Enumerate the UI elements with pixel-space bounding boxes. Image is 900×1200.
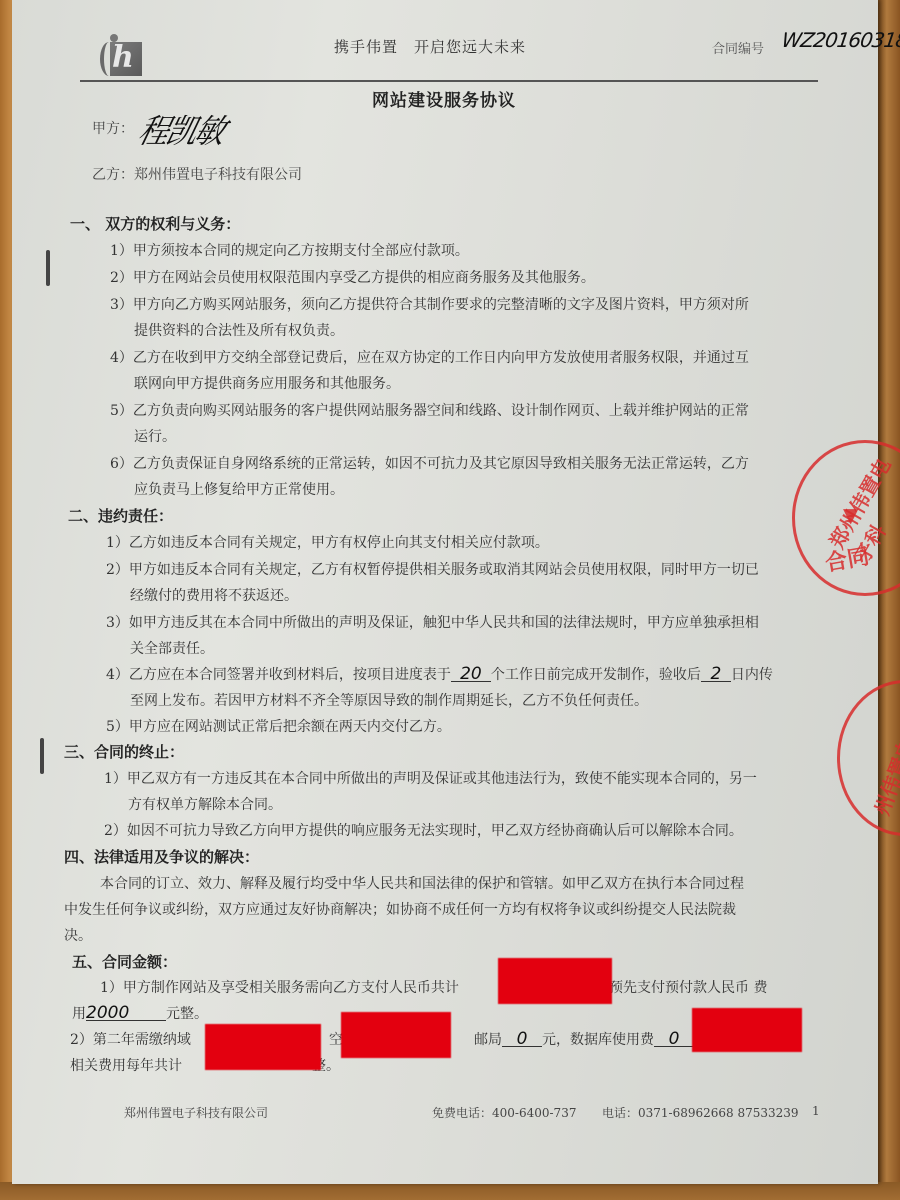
footer-phone: 电话：0371-68962668 87533239 — [602, 1104, 799, 1121]
clause-5-1-cont-suffix: 元整。 — [166, 1006, 208, 1022]
clause-1-6: 6）乙方负责保证自身网络系统的正常运转，如因不可抗力及其它原因导致相关服务无法正… — [110, 453, 749, 473]
clause-2-3-cont: 关全部责任。 — [130, 638, 214, 658]
clause-1-3-cont: 提供资料的合法性及所有权负责。 — [134, 320, 344, 340]
company-seal-stamp-2: 州伟置电子科 — [837, 680, 900, 836]
prepay-amount-field: 2000 — [86, 1006, 166, 1021]
company-seal-stamp-1: 郑州伟置电子科 ▼ 合同 — [792, 440, 900, 596]
dev-days-field: 20 — [451, 667, 491, 682]
clause-2-4-middle: 个工作日前完成开发制作，验收后 — [491, 667, 701, 683]
stamp-1-sub: 合同 — [823, 539, 872, 577]
redaction-domain-fee — [205, 1024, 321, 1070]
clause-1-4-cont: 联网向甲方提供商务应用服务和其他服务。 — [134, 373, 400, 393]
clause-2-1: 1）乙方如违反本合同有关规定，甲方有权停止向其支付相关应付款项。 — [106, 532, 549, 552]
mail-label: 邮局 — [474, 1032, 502, 1048]
footer-company: 郑州伟置电子科技有限公司 — [124, 1104, 268, 1121]
clause-1-3: 3）甲方向乙方购买网站服务，须向乙方提供符合其制作要求的完整清晰的文字及图片资料… — [110, 294, 749, 314]
stamp-2-text: 州伟置电子科 — [866, 696, 900, 819]
party-a-signature: 程凯敏 — [134, 104, 230, 152]
mail-fee-field: 0 — [502, 1032, 542, 1047]
contract-page: h 携手伟置 开启您远大未来 合同编号 WZ20160318 网站建设服务协议 … — [12, 0, 878, 1184]
clause-1-2: 2）甲方在网站会员使用权限范围内享受乙方提供的相应商务服务及其他服务。 — [110, 267, 595, 287]
section-5-heading: 五、合同金额： — [72, 951, 177, 972]
desk-surface-left — [0, 0, 12, 1200]
clause-5-1-cont: 用2000元整。 — [72, 1003, 208, 1023]
section-2-heading: 二、违约责任： — [68, 505, 173, 526]
header-slogan: 携手伟置 开启您远大未来 — [334, 36, 526, 57]
redaction-total-amount — [498, 958, 612, 1004]
footer-page-number: 1 — [812, 1104, 820, 1118]
contract-number-value: WZ20160318 — [780, 28, 900, 52]
clause-5-2-c: 邮局0元，数据库使用费0元 — [474, 1029, 708, 1049]
clause-5-1-cont-prefix: 用 — [72, 1006, 86, 1022]
clause-1-5: 5）乙方负责向购买网站服务的客户提供网站服务器空间和线路、设计制作网页、上载并维… — [110, 400, 749, 420]
contract-number-label: 合同编号 — [712, 38, 764, 57]
clause-2-3: 3）如甲方违反其在本合同中所做出的声明及保证，触犯中华人民共和国的法律法规时，甲… — [106, 612, 759, 632]
clause-3-1-cont: 方有权单方解除本合同。 — [128, 794, 282, 814]
header-divider — [80, 80, 818, 82]
clause-3-2: 2）如因不可抗力导致乙方向甲方提供的响应服务无法实现时，甲乙双方经协商确认后可以… — [104, 820, 743, 840]
desk-surface-right — [878, 0, 900, 1200]
clause-1-4: 4）乙方在收到甲方交纳全部登记费后，应在双方协定的工作日内向甲方发放使用者服务权… — [110, 347, 749, 367]
clause-1-5-cont: 运行。 — [134, 426, 176, 446]
section-4-heading: 四、法律适用及争议的解决： — [64, 846, 259, 867]
clause-2-2-cont: 经缴付的费用将不获返还。 — [130, 585, 298, 605]
redaction-other-fee — [692, 1008, 802, 1052]
clause-5-2-cont-a: 相关费用每年共计 — [70, 1055, 182, 1075]
party-a-label: 甲方： — [92, 118, 134, 138]
db-label: 元，数据库使用费 — [542, 1032, 654, 1048]
clause-3-1: 1）甲乙双方有一方违反其在本合同中所做出的声明及保证或其他违法行为，致使不能实现… — [104, 768, 757, 788]
clause-4-line-1: 本合同的订立、效力、解释及履行均受中华人民共和国法律的保护和管辖。如甲乙双方在执… — [100, 873, 744, 893]
redaction-space-fee — [341, 1012, 451, 1058]
clause-4-line-3: 决。 — [64, 925, 92, 945]
section-3-heading: 三、合同的终止： — [64, 741, 184, 762]
stamp-1-star: ▼ — [843, 503, 858, 527]
binder-mark-top — [46, 250, 50, 286]
db-fee-field: 0 — [654, 1032, 694, 1047]
section-1-heading: 一、 双方的权利与义务： — [70, 213, 240, 234]
clause-1-6-cont: 应负责马上修复给甲方正常使用。 — [134, 479, 344, 499]
clause-2-4: 4）乙方应在本合同签署并收到材料后，按项目进度表于20个工作日前完成开发制作，验… — [106, 664, 773, 684]
clause-5-1-prefix: 1）甲方制作网站及享受相关服务需向乙方支付人民币共计 — [100, 977, 459, 997]
clause-2-2: 2）甲方如违反本合同有关规定，乙方有权暂停提供相关服务或取消其网站会员使用权限，… — [106, 559, 759, 579]
clause-2-4-cont: 至网上发布。若因甲方材料不齐全等原因导致的制作周期延长，乙方不负任何责任。 — [130, 690, 648, 710]
clause-2-4-prefix: 4）乙方应在本合同签署并收到材料后，按项目进度表于 — [106, 667, 451, 683]
footer-tollfree: 免费电话：400-6400-737 — [432, 1104, 576, 1121]
clause-4-line-2: 中发生任何争议或纠纷，双方应通过友好协商解决；如协商不成任何一方均有权将争议或纠… — [64, 899, 736, 919]
document-title: 网站建设服务协议 — [372, 86, 516, 111]
clause-1-1: 1）甲方须按本合同的规定向乙方按期支付全部应付款项。 — [110, 240, 469, 260]
party-b-name: 乙方：郑州伟置电子科技有限公司 — [92, 164, 302, 184]
company-logo-icon: h — [92, 30, 150, 80]
accept-days-field: 2 — [701, 667, 731, 682]
clause-2-5: 5）甲方应在网站测试正常后把余额在两天内交付乙方。 — [106, 716, 451, 736]
clause-5-2-a: 2）第二年需缴纳域 — [70, 1029, 191, 1049]
desk-surface-bottom — [0, 1182, 900, 1200]
clause-2-4-suffix: 日内传 — [731, 667, 773, 683]
binder-mark-bottom — [40, 738, 44, 774]
